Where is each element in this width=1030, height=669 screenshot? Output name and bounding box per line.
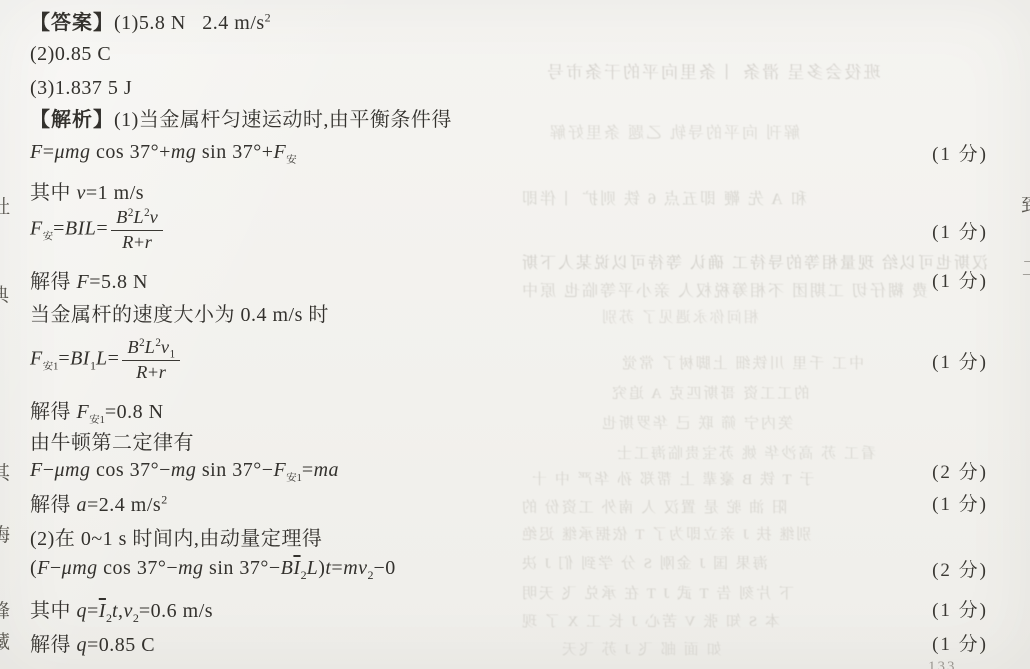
solution-line: 当金属杆的速度大小为 0.4 m/s 时 (30, 299, 988, 325)
solution-line: F=μmg cos 37°+mg sin 37°+F安(1 分) (30, 139, 988, 165)
line-content: 解得 q=0.85 C (30, 628, 932, 657)
line-content: 由牛顿第二定律有 (30, 426, 988, 455)
solution-line: 解得 q=0.85 C(1 分) (30, 629, 988, 655)
edge-cut-glyph: 峰 (0, 596, 10, 623)
edge-cut-glyph: 其 (0, 458, 10, 485)
solution-line: F安1=BI1L=B2L2v1R+r(1 分) (30, 331, 988, 389)
solution-line: 【答案】(1)5.8 N 2.4 m/s2 (30, 7, 988, 33)
solution-line: 其中 q=I2t,v2=0.6 m/s(1 分) (30, 595, 988, 621)
score-marker: (1 分) (932, 217, 988, 244)
fraction: B2L2vR+r (111, 207, 163, 252)
fraction: B2L2v1R+r (122, 337, 180, 382)
line-content: (3)1.837 5 J (30, 77, 988, 100)
solution-line: F安=BIL=B2L2vR+r(1 分) (30, 201, 988, 259)
line-content: (F−μmg cos 37°−mg sin 37°−BI2L)t=mv2−0 (30, 557, 932, 580)
solution-line: 其中 v=1 m/s (30, 177, 988, 203)
line-content: F安=BIL=B2L2vR+r (30, 207, 932, 252)
line-content: 当金属杆的速度大小为 0.4 m/s 时 (30, 298, 988, 327)
line-content: (2)在 0~1 s 时间内,由动量定理得 (30, 522, 988, 551)
edge-cut-glyph: 典 (0, 280, 9, 307)
edge-cut-glyph: 到 (1021, 190, 1030, 217)
solution-line: 解得 a=2.4 m/s2(1 分) (30, 489, 988, 515)
line-content: F安1=BI1L=B2L2v1R+r (30, 337, 932, 382)
line-content: 其中 q=I2t,v2=0.6 m/s (30, 594, 932, 623)
edge-cut-glyph: 工 (1022, 253, 1030, 280)
score-marker: (1 分) (932, 266, 988, 293)
line-content: (2)0.85 C (30, 43, 988, 66)
page-number: 133 (928, 659, 957, 669)
solution-line: F−μmg cos 37°−mg sin 37°−F安1=ma(2 分) (30, 457, 988, 483)
solution-line: 【解析】(1)当金属杆匀速运动时,由平衡条件得 (30, 104, 988, 130)
edge-cut-glyph: 肚 (0, 192, 10, 219)
solution-line: (2)0.85 C (30, 41, 988, 67)
solution-line: (2)在 0~1 s 时间内,由动量定理得 (30, 523, 988, 549)
line-content: F=μmg cos 37°+mg sin 37°+F安 (30, 141, 932, 164)
line-content: 【解析】(1)当金属杆匀速运动时,由平衡条件得 (30, 103, 988, 132)
score-marker: (1 分) (932, 489, 988, 516)
document-page: 班役会多呈 滑条 丨条里向平的干条市号解刊 向平的导轨 乙题 条里好解和 A 先… (0, 0, 1030, 669)
line-content: 解得 F=5.8 N (30, 265, 932, 294)
solution-line: (3)1.837 5 J (30, 75, 988, 101)
line-content: F−μmg cos 37°−mg sin 37°−F安1=ma (30, 459, 932, 482)
score-marker: (1 分) (932, 595, 988, 622)
edge-cut-glyph: 藏 (0, 627, 10, 654)
score-marker: (1 分) (932, 629, 988, 656)
solution-line: 由牛顿第二定律有 (30, 427, 988, 453)
solution-line: 解得 F=5.8 N(1 分) (30, 266, 988, 292)
solution-line: 解得 F安1=0.8 N (30, 396, 988, 422)
line-content: 解得 a=2.4 m/s2 (30, 488, 932, 517)
edge-cut-glyph: 梅 (0, 520, 10, 547)
score-marker: (1 分) (932, 347, 988, 374)
score-marker: (2 分) (932, 555, 988, 582)
score-marker: (2 分) (932, 457, 988, 484)
score-marker: (1 分) (932, 139, 988, 166)
line-content: 【答案】(1)5.8 N 2.4 m/s2 (30, 6, 988, 35)
solution-line: (F−μmg cos 37°−mg sin 37°−BI2L)t=mv2−0(2… (30, 555, 988, 581)
line-content: 解得 F安1=0.8 N (30, 395, 988, 424)
